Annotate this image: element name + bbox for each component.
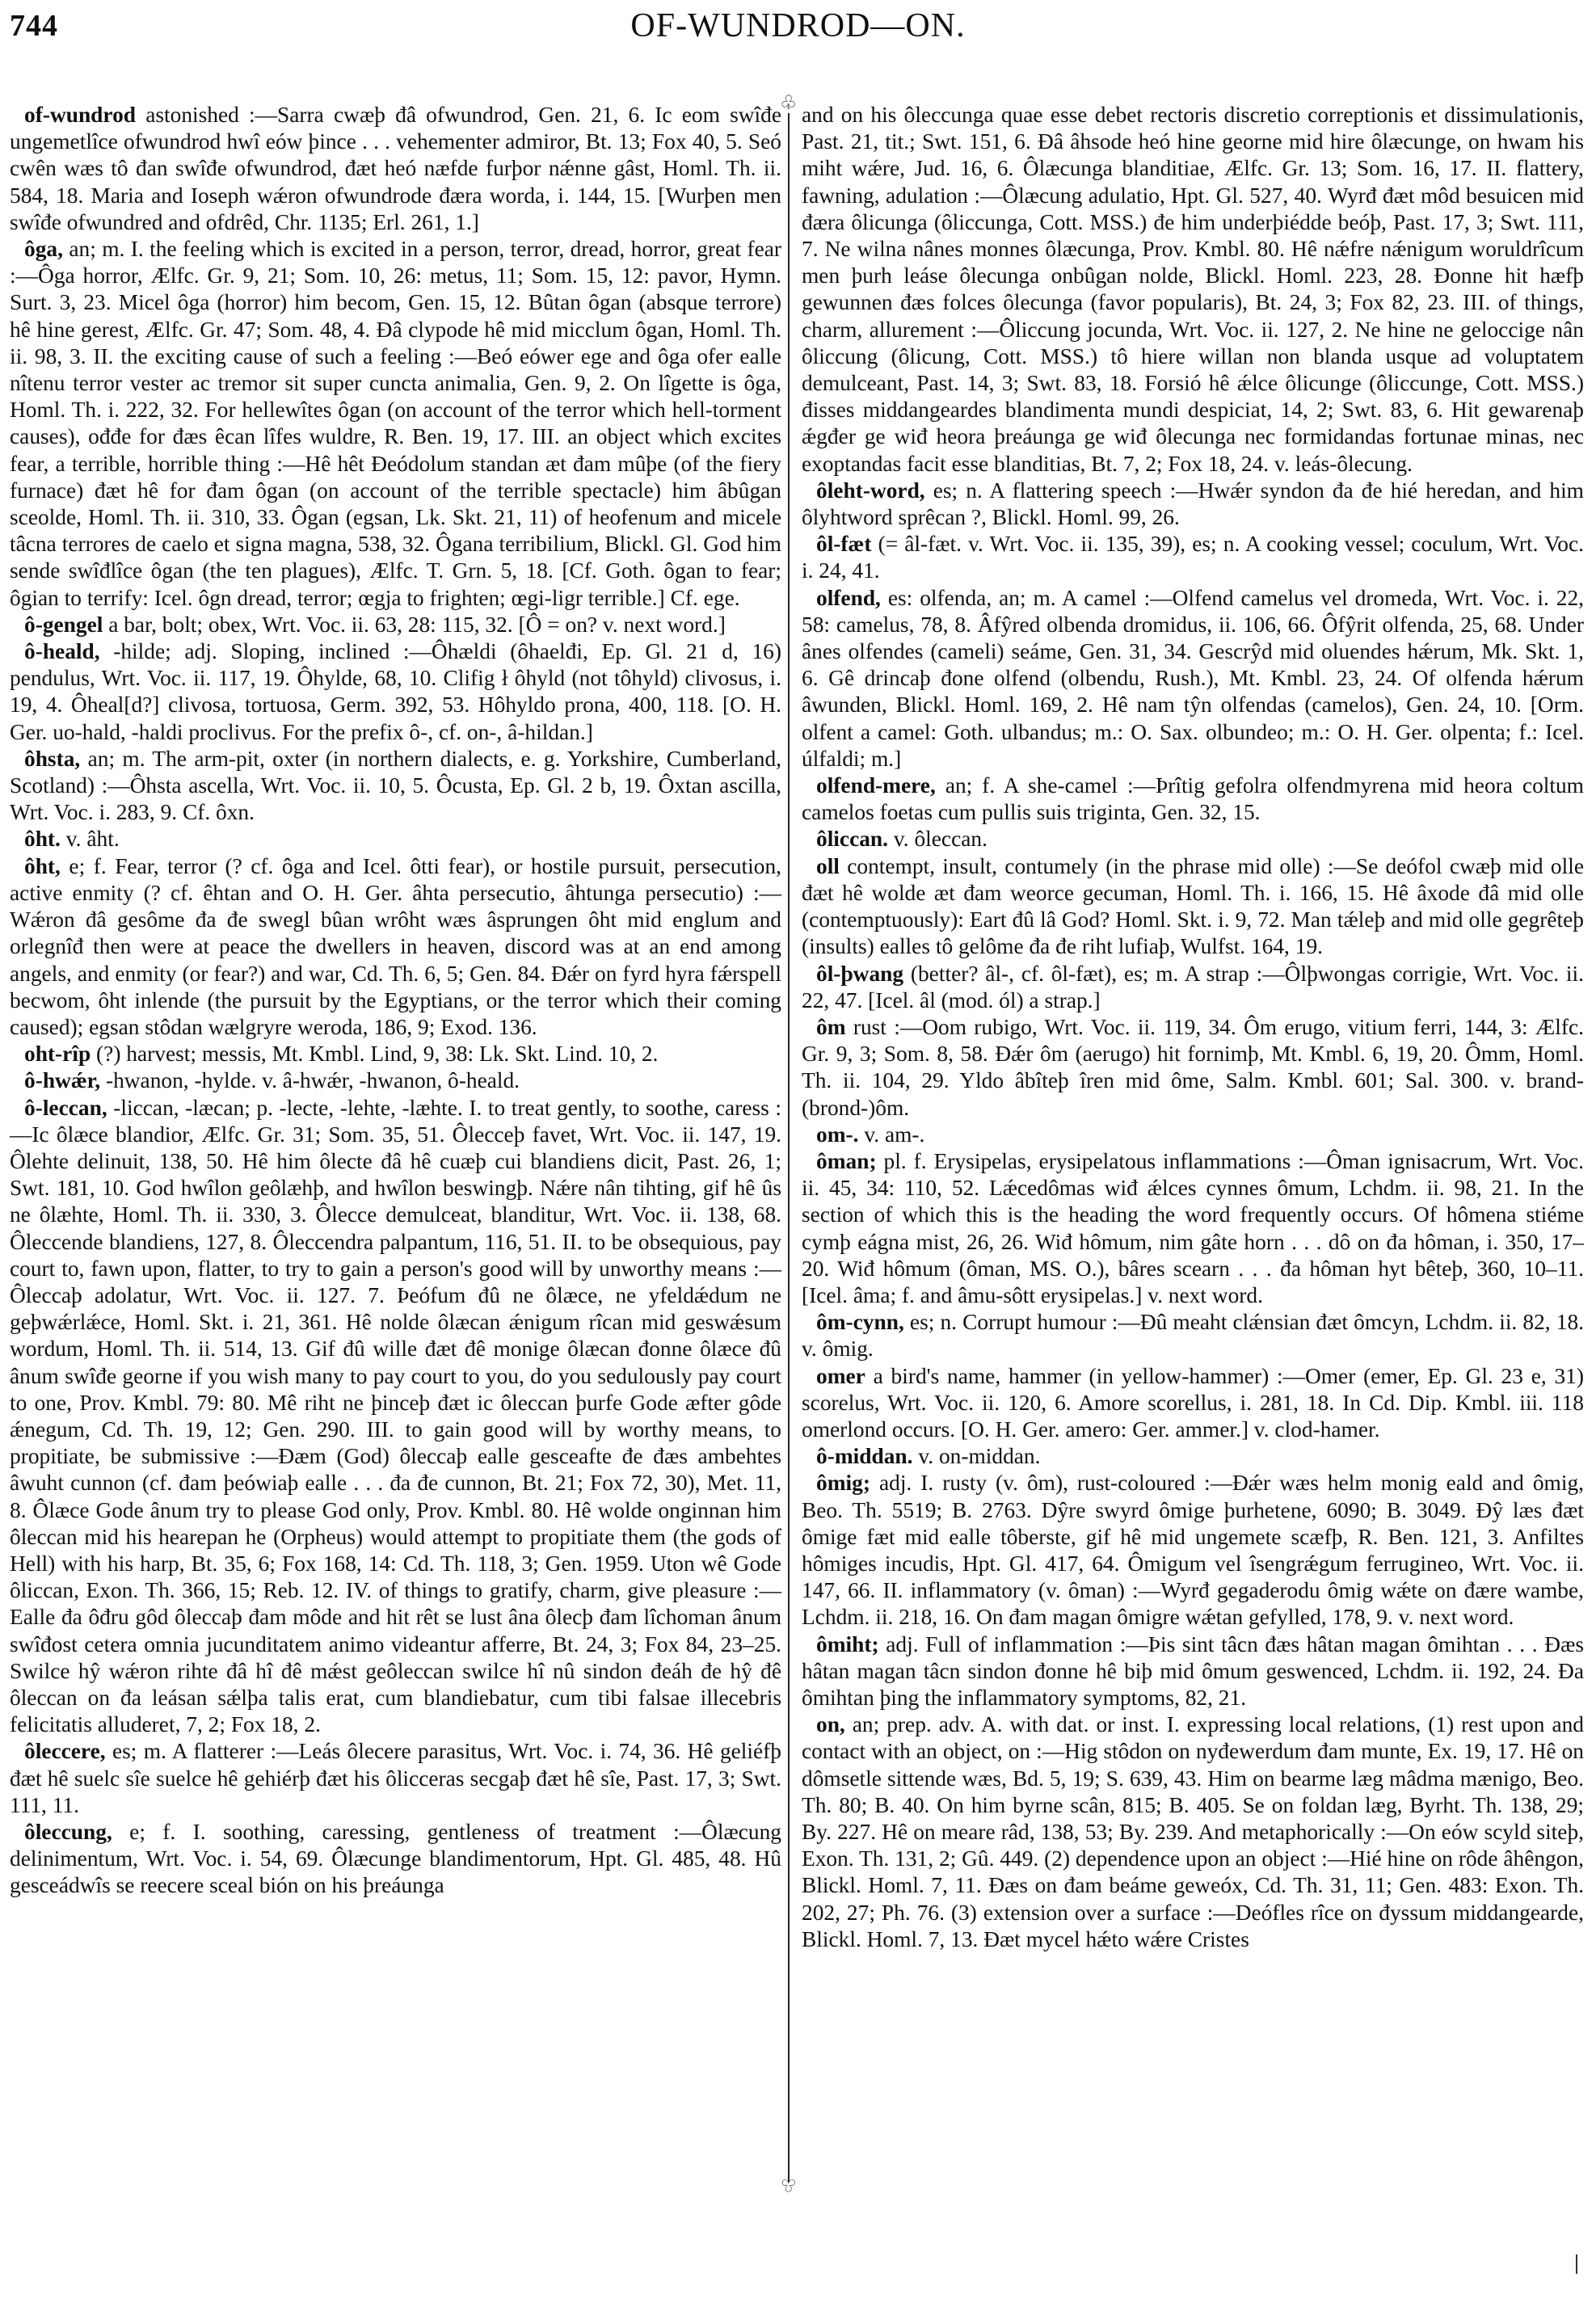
entry-definition: (?) harvest; messis, Mt. Kmbl. Lind, 9, …: [91, 1042, 658, 1066]
dictionary-entry: ôht. v. âht.: [10, 826, 781, 852]
dictionary-entry: ô-middan. v. on-middan.: [802, 1443, 1584, 1470]
dictionary-entry: ô-gengel a bar, bolt; obex, Wrt. Voc. ii…: [10, 612, 781, 638]
entry-headword: ôleccere,: [24, 1739, 106, 1763]
dictionary-entry: om-. v. am-.: [802, 1122, 1584, 1148]
entry-headword: ô-hwǽr,: [24, 1068, 100, 1092]
column-ornament-top-icon: ♧: [780, 94, 798, 113]
dictionary-entry: oll contempt, insult, contumely (in the …: [802, 853, 1584, 961]
entry-headword: ôht,: [24, 854, 61, 878]
entry-headword: ôl-þwang: [816, 962, 903, 986]
entry-definition: (better? âl-, cf. ôl-fæt), es; m. A stra…: [802, 962, 1584, 1012]
entry-headword: ôl-fæt: [816, 532, 871, 556]
entry-headword: ôga,: [24, 237, 63, 261]
dictionary-entry: ô-hwǽr, -hwanon, -hylde. v. â-hwǽr, -hwa…: [10, 1067, 781, 1094]
entry-definition: v. ôleccan.: [888, 827, 987, 851]
dictionary-entry: ôm rust :—Oom rubigo, Wrt. Voc. ii. 119,…: [802, 1014, 1584, 1122]
dictionary-entry: ô-heald, -hilde; adj. Sloping, inclined …: [10, 638, 781, 746]
entry-headword: ôleht-word,: [816, 478, 925, 503]
margin-mark: [1576, 2254, 1577, 2274]
entry-definition: v. on-middan.: [913, 1444, 1041, 1468]
entry-headword: on,: [816, 1712, 845, 1736]
entry-definition: es; n. Corrupt humour :—Đû meaht clǽnsia…: [802, 1310, 1584, 1361]
left-column: of-wundrod astonished :—Sarra cwæþ đâ of…: [10, 102, 781, 1900]
dictionary-entry: ôleht-word, es; n. A flattering speech :…: [802, 478, 1584, 531]
dictionary-entry: olfend, es: olfenda, an; m. A camel :—Ol…: [802, 585, 1584, 772]
entry-headword: oht-rîp: [24, 1042, 91, 1066]
entry-headword: ô-leccan,: [24, 1096, 107, 1120]
entry-headword: olfend,: [816, 586, 881, 610]
entry-definition: rust :—Oom rubigo, Wrt. Voc. ii. 119, 34…: [802, 1015, 1584, 1120]
column-divider: [788, 113, 790, 2182]
dictionary-entry: ôliccan. v. ôleccan.: [802, 826, 1584, 852]
entry-definition: pl. f. Erysipelas, erysipelatous inflamm…: [802, 1149, 1584, 1307]
dictionary-entry: ômig; adj. I. rusty (v. ôm), rust-colour…: [802, 1470, 1584, 1631]
entry-headword: ôht.: [24, 827, 61, 851]
entry-definition: -hilde; adj. Sloping, inclined :—Ôhældi …: [10, 639, 781, 744]
entry-headword: ôhsta,: [24, 747, 80, 771]
entry-headword: ômig;: [816, 1471, 870, 1495]
entry-headword: olfend-mere,: [816, 773, 936, 798]
entry-definition: e; f. Fear, terror (? cf. ôga and Icel. …: [10, 854, 781, 1039]
entry-headword: ôm-cynn,: [816, 1310, 904, 1334]
entry-definition: e; f. I. soothing, caressing, gentleness…: [10, 1820, 781, 1897]
dictionary-entry: omer a bird's name, hammer (in yellow-ha…: [802, 1363, 1584, 1444]
entry-definition: a bird's name, hammer (in yellow-hammer)…: [802, 1364, 1584, 1442]
entry-definition: adj. Full of inflammation :—Þis sint tâc…: [802, 1632, 1584, 1710]
entry-headword: om-.: [816, 1122, 858, 1147]
dictionary-entry: ôl-þwang (better? âl-, cf. ôl-fæt), es; …: [802, 961, 1584, 1014]
entry-definition: an; prep. adv. A. with dat. or inst. I. …: [802, 1712, 1584, 1951]
entry-headword: ôman;: [816, 1149, 877, 1173]
entry-definition: -liccan, -læcan; p. -lecte, -lehte, -læh…: [10, 1096, 781, 1737]
entry-headword: ôm: [816, 1015, 846, 1039]
entry-definition: v. âht.: [61, 827, 120, 851]
entry-headword: ô-middan.: [816, 1444, 913, 1468]
entry-definition: and on his ôleccunga quae esse debet rec…: [802, 103, 1584, 476]
entry-definition: a bar, bolt; obex, Wrt. Voc. ii. 63, 28:…: [103, 612, 725, 637]
entry-definition: v. am-.: [858, 1122, 924, 1147]
dictionary-entry: on, an; prep. adv. A. with dat. or inst.…: [802, 1711, 1584, 1953]
entry-headword: ômiht;: [816, 1632, 879, 1656]
dictionary-entry: ôht, e; f. Fear, terror (? cf. ôga and I…: [10, 853, 781, 1041]
entry-headword: ôleccung,: [24, 1820, 112, 1844]
entry-definition: (= âl-fæt. v. Wrt. Voc. ii. 135, 39), es…: [802, 532, 1584, 583]
dictionary-entry: ômiht; adj. Full of inflammation :—Þis s…: [802, 1631, 1584, 1712]
entry-headword: omer: [816, 1364, 865, 1388]
dictionary-entry: ôhsta, an; m. The arm-pit, oxter (in nor…: [10, 746, 781, 827]
dictionary-entry: and on his ôleccunga quae esse debet rec…: [802, 102, 1584, 478]
entry-headword: oll: [816, 854, 840, 878]
column-ornament-bottom-icon: ♧: [780, 2174, 798, 2193]
dictionary-entry: oht-rîp (?) harvest; messis, Mt. Kmbl. L…: [10, 1041, 781, 1067]
entry-definition: an; m. The arm-pit, oxter (in northern d…: [10, 747, 781, 824]
dictionary-entry: of-wundrod astonished :—Sarra cwæþ đâ of…: [10, 102, 781, 236]
entry-definition: contempt, insult, contumely (in the phra…: [802, 854, 1584, 959]
dictionary-entry: olfend-mere, an; f. A she-camel :—Þrîtig…: [802, 772, 1584, 826]
dictionary-entry: ôga, an; m. I. the feeling which is exci…: [10, 236, 781, 612]
dictionary-entry: ôl-fæt (= âl-fæt. v. Wrt. Voc. ii. 135, …: [802, 531, 1584, 584]
entry-headword: ôliccan.: [816, 827, 888, 851]
entry-definition: -hwanon, -hylde. v. â-hwǽr, -hwanon, ô-h…: [100, 1068, 520, 1092]
dictionary-entry: ô-leccan, -liccan, -læcan; p. -lecte, -l…: [10, 1095, 781, 1739]
entry-definition: an; m. I. the feeling which is excited i…: [10, 237, 781, 610]
entry-definition: adj. I. rusty (v. ôm), rust-coloured :—Đ…: [802, 1471, 1584, 1629]
entry-definition: es; m. A flatterer :—Leás ôlecere parasi…: [10, 1739, 781, 1816]
dictionary-entry: ôman; pl. f. Erysipelas, erysipelatous i…: [802, 1148, 1584, 1309]
dictionary-entry: ôleccung, e; f. I. soothing, caressing, …: [10, 1819, 781, 1900]
running-head: OF-WUNDROD—ON.: [0, 6, 1596, 45]
entry-headword: ô-gengel: [24, 612, 103, 637]
entry-definition: es: olfenda, an; m. A camel :—Olfend cam…: [802, 586, 1584, 771]
dictionary-entry: ôm-cynn, es; n. Corrupt humour :—Đû meah…: [802, 1309, 1584, 1362]
right-column: and on his ôleccunga quae esse debet rec…: [802, 102, 1584, 1953]
entry-headword: ô-heald,: [24, 639, 100, 663]
dictionary-entry: ôleccere, es; m. A flatterer :—Leás ôlec…: [10, 1738, 781, 1819]
entry-headword: of-wundrod: [24, 103, 136, 127]
